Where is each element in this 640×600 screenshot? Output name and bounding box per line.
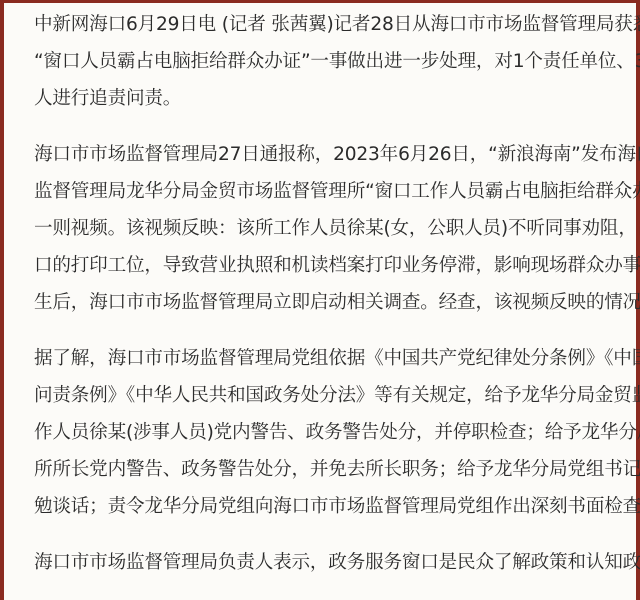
news-article: 中新网海口6月29日电 (记者 张茜翼)记者28日从海口市市场监督管理局获悉，该…	[34, 6, 626, 572]
text-line: 口的打印工位，导致营业执照和机读档案打印业务停滞，影响现场群众办事。舆情发	[34, 247, 626, 284]
text-line: “窗口人员霸占电脑拒给群众办证”一事做出进一步处理，对1个责任单位、3名责任	[34, 43, 626, 80]
text-line: 所所长党内警告、政务警告处分，并免去所长职务；给予龙华分局党组书记、局长诫	[34, 451, 626, 488]
article-frame: 中新网海口6月29日电 (记者 张茜翼)记者28日从海口市市场监督管理局获悉，该…	[0, 0, 640, 572]
text-line: 中新网海口6月29日电 (记者 张茜翼)记者28日从海口市市场监督管理局获悉，该…	[34, 6, 626, 43]
paragraph-3: 据了解，海口市市场监督管理局党组依据《中国共产党纪律处分条例》《中国共产党 问责…	[34, 340, 626, 525]
text-line: 问责条例》《中华人民共和国政务处分法》等有关规定，给予龙华分局金贸监管所工	[34, 377, 626, 414]
text-line: 监督管理局龙华分局金贸市场监督管理所“窗口工作人员霸占电脑拒给群众办证”的	[34, 173, 626, 210]
text-line: 海口市市场监督管理局27日通报称，2023年6月26日，“新浪海南”发布海口市市…	[34, 136, 626, 173]
text-line: 作人员徐某(涉事人员)党内警告、政务警告处分，并停职检查；给予龙华分局金贸监管	[34, 414, 626, 451]
paragraph-1: 中新网海口6月29日电 (记者 张茜翼)记者28日从海口市市场监督管理局获悉，该…	[34, 6, 626, 117]
text-line: 据了解，海口市市场监督管理局党组依据《中国共产党纪律处分条例》《中国共产党	[34, 340, 626, 377]
paragraph-4: 海口市市场监督管理局负责人表示，政务服务窗口是民众了解政策和认知政府的重要	[34, 544, 626, 572]
text-line: 生后，海口市市场监督管理局立即启动相关调查。经查，该视频反映的情况属实。	[34, 284, 626, 321]
text-line: 海口市市场监督管理局负责人表示，政务服务窗口是民众了解政策和认知政府的重要	[34, 544, 626, 572]
paragraph-2: 海口市市场监督管理局27日通报称，2023年6月26日，“新浪海南”发布海口市市…	[34, 136, 626, 321]
text-line: 勉谈话；责令龙华分局党组向海口市市场监督管理局党组作出深刻书面检查。	[34, 488, 626, 525]
text-line: 人进行追责问责。	[34, 80, 626, 117]
text-line: 一则视频。该视频反映：该所工作人员徐某(女，公职人员)不听同事劝阻，占用前台窗	[34, 210, 626, 247]
